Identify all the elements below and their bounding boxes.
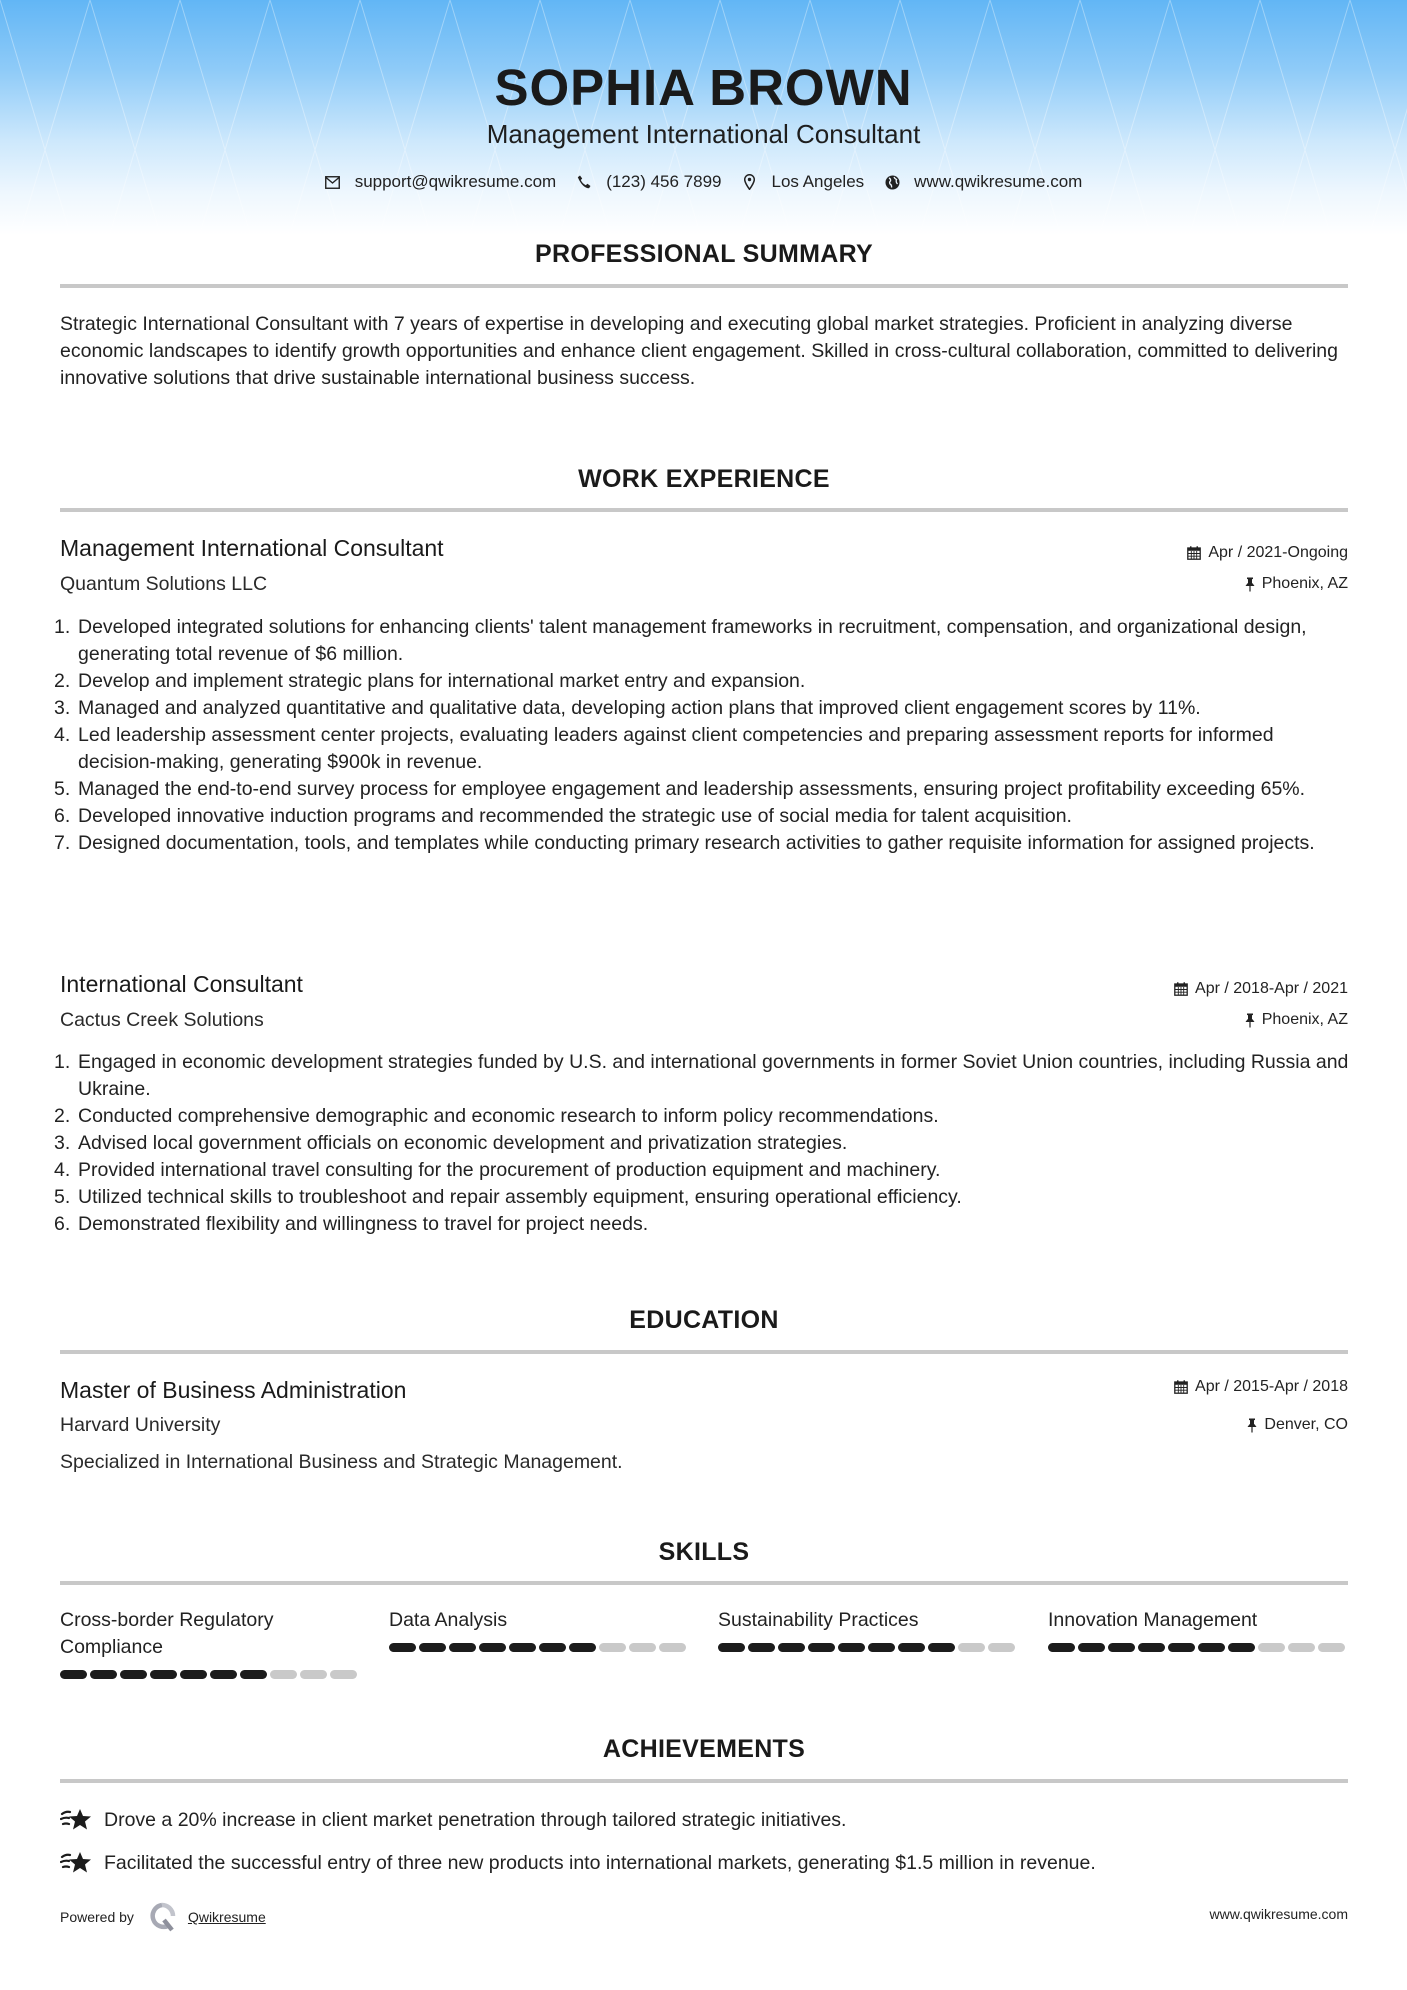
section-heading-experience: WORK EXPERIENCE [60, 465, 1348, 494]
skill-segment [599, 1643, 626, 1652]
item-number: 4. [54, 722, 78, 776]
section-divider [60, 1779, 1348, 1783]
job-title: International Consultant [60, 971, 303, 998]
skill-segment [1078, 1643, 1105, 1652]
responsibility-item: 1.Engaged in economic development strate… [54, 1049, 1350, 1103]
responsibility-item: 4.Provided international travel consulti… [54, 1157, 1350, 1184]
skill-level-bar [718, 1643, 1018, 1652]
location: Phoenix, AZ [1262, 1011, 1348, 1029]
company-name: Quantum Solutions LLC [60, 573, 267, 596]
skill-segment [419, 1643, 446, 1652]
item-text: Develop and implement strategic plans fo… [78, 668, 1350, 695]
skill-level-bar [389, 1643, 689, 1652]
map-pin-icon [742, 174, 758, 190]
skill-segment [180, 1670, 207, 1679]
section-divider [60, 284, 1348, 288]
resume-header: SOPHIA BROWN Management International Co… [0, 0, 1407, 235]
skill-segment [1168, 1643, 1195, 1652]
item-number: 5. [54, 1184, 78, 1211]
item-text: Developed integrated solutions for enhan… [78, 614, 1350, 668]
item-number: 4. [54, 1157, 78, 1184]
date-range: Apr / 2021-Ongoing [1208, 544, 1348, 562]
calendar-icon [1187, 546, 1201, 560]
skill-name: Innovation Management [1048, 1607, 1348, 1634]
powered-by: Powered by Qwikresume [60, 1902, 266, 1932]
contact-website[interactable]: www.qwikresume.com [884, 172, 1082, 192]
responsibility-item: 7.Designed documentation, tools, and tem… [54, 830, 1350, 857]
skill-segment [748, 1643, 775, 1652]
skill-name: Sustainability Practices [718, 1607, 1018, 1634]
responsibility-item: 5.Managed the end-to-end survey process … [54, 776, 1350, 803]
pushpin-icon [1245, 1013, 1255, 1028]
item-text: Provided international travel consulting… [78, 1157, 1350, 1184]
item-text: Conducted comprehensive demographic and … [78, 1103, 1350, 1130]
skill-segment [60, 1670, 87, 1679]
contact-bar: support@qwikresume.com (123) 456 7899 Lo… [0, 172, 1407, 192]
item-number: 3. [54, 1130, 78, 1157]
job-location: Phoenix, AZ [1245, 575, 1348, 593]
email-text: support@qwikresume.com [355, 172, 557, 192]
candidate-title: Management International Consultant [0, 119, 1407, 150]
skill-segment [1198, 1643, 1225, 1652]
shooting-star-icon [60, 1806, 94, 1834]
job-location: Phoenix, AZ [1245, 1011, 1348, 1029]
responsibility-item: 4.Led leadership assessment center proje… [54, 722, 1350, 776]
skill-segment [778, 1643, 805, 1652]
item-text: Utilized technical skills to troubleshoo… [78, 1184, 1350, 1211]
skill-item: Innovation Management [1048, 1607, 1348, 1652]
skill-level-bar [1048, 1643, 1348, 1652]
item-text: Managed the end-to-end survey process fo… [78, 776, 1350, 803]
job-responsibilities: 1.Engaged in economic development strate… [54, 1049, 1350, 1238]
contact-email[interactable]: support@qwikresume.com [325, 172, 557, 192]
company-name: Cactus Creek Solutions [60, 1009, 264, 1032]
skill-segment [389, 1643, 416, 1652]
responsibility-item: 6.Developed innovative induction program… [54, 803, 1350, 830]
skill-segment [1318, 1643, 1345, 1652]
skill-segment [120, 1670, 147, 1679]
envelope-icon [325, 174, 341, 190]
skill-segment [90, 1670, 117, 1679]
item-number: 3. [54, 695, 78, 722]
item-number: 7. [54, 830, 78, 857]
item-number: 1. [54, 1049, 78, 1103]
footer-website-link[interactable]: www.qwikresume.com [1210, 1906, 1348, 1922]
globe-icon [884, 174, 900, 190]
skill-segment [240, 1670, 267, 1679]
summary-text: Strategic International Consultant with … [60, 311, 1350, 392]
section-heading-summary: PROFESSIONAL SUMMARY [60, 240, 1348, 269]
contact-location: Los Angeles [742, 172, 865, 192]
location-text: Los Angeles [772, 172, 865, 192]
responsibility-item: 3.Managed and analyzed quantitative and … [54, 695, 1350, 722]
candidate-name: SOPHIA BROWN [0, 58, 1407, 117]
responsibility-item: 3.Advised local government officials on … [54, 1130, 1350, 1157]
calendar-icon [1174, 982, 1188, 996]
section-divider [60, 1581, 1348, 1585]
pushpin-icon [1247, 1418, 1257, 1433]
pushpin-icon [1245, 577, 1255, 592]
responsibility-item: 6.Demonstrated flexibility and willingne… [54, 1211, 1350, 1238]
school-name: Harvard University [60, 1414, 220, 1437]
skill-item: Cross-border Regulatory Compliance [60, 1607, 360, 1679]
skill-segment [300, 1670, 327, 1679]
skill-segment [629, 1643, 656, 1652]
item-number: 1. [54, 614, 78, 668]
triangle-pattern-background [0, 0, 1407, 235]
location: Phoenix, AZ [1262, 575, 1348, 593]
section-heading-skills: SKILLS [60, 1538, 1348, 1567]
job-title: Management International Consultant [60, 535, 444, 562]
item-text: Designed documentation, tools, and templ… [78, 830, 1350, 857]
skill-segment [988, 1643, 1015, 1652]
education-description: Specialized in International Business an… [60, 1451, 623, 1474]
skill-segment [958, 1643, 985, 1652]
website-text: www.qwikresume.com [914, 172, 1082, 192]
item-number: 6. [54, 803, 78, 830]
achievement-item: Drove a 20% increase in client market pe… [60, 1806, 846, 1834]
phone-text: (123) 456 7899 [606, 172, 721, 192]
skill-segment [270, 1670, 297, 1679]
achievement-text: Facilitated the successful entry of thre… [104, 1852, 1096, 1875]
skill-segment [150, 1670, 177, 1679]
date-range: Apr / 2018-Apr / 2021 [1195, 980, 1348, 998]
item-text: Engaged in economic development strategi… [78, 1049, 1350, 1103]
skill-segment [1138, 1643, 1165, 1652]
skill-segment [1108, 1643, 1135, 1652]
achievement-item: Facilitated the successful entry of thre… [60, 1849, 1096, 1877]
qwikresume-link[interactable]: Qwikresume [188, 1909, 266, 1925]
education-dates: Apr / 2015-Apr / 2018 [1174, 1378, 1348, 1396]
section-divider [60, 508, 1348, 512]
skill-segment [479, 1643, 506, 1652]
item-number: 2. [54, 1103, 78, 1130]
calendar-icon [1174, 1380, 1188, 1394]
job-dates: Apr / 2021-Ongoing [1187, 544, 1348, 562]
skill-name: Cross-border Regulatory Compliance [60, 1607, 360, 1661]
education-location: Denver, CO [1247, 1416, 1348, 1434]
skill-segment [330, 1670, 357, 1679]
item-text: Demonstrated flexibility and willingness… [78, 1211, 1350, 1238]
responsibility-item: 5.Utilized technical skills to troublesh… [54, 1184, 1350, 1211]
phone-icon [576, 174, 592, 190]
skill-name: Data Analysis [389, 1607, 689, 1634]
skill-segment [1228, 1643, 1255, 1652]
skill-segment [539, 1643, 566, 1652]
skill-item: Sustainability Practices [718, 1607, 1018, 1652]
skill-segment [898, 1643, 925, 1652]
skill-segment [868, 1643, 895, 1652]
skill-segment [569, 1643, 596, 1652]
skill-segment [449, 1643, 476, 1652]
item-text: Led leadership assessment center project… [78, 722, 1350, 776]
skill-segment [1048, 1643, 1075, 1652]
skill-segment [838, 1643, 865, 1652]
skill-segment [718, 1643, 745, 1652]
responsibility-item: 2.Develop and implement strategic plans … [54, 668, 1350, 695]
responsibility-item: 1.Developed integrated solutions for enh… [54, 614, 1350, 668]
skill-segment [1258, 1643, 1285, 1652]
job-responsibilities: 1.Developed integrated solutions for enh… [54, 614, 1350, 857]
job-dates: Apr / 2018-Apr / 2021 [1174, 980, 1348, 998]
achievement-text: Drove a 20% increase in client market pe… [104, 1809, 846, 1832]
skill-segment [509, 1643, 536, 1652]
location: Denver, CO [1264, 1416, 1348, 1434]
responsibility-item: 2.Conducted comprehensive demographic an… [54, 1103, 1350, 1130]
skill-segment [210, 1670, 237, 1679]
section-heading-education: EDUCATION [60, 1306, 1348, 1335]
skill-segment [928, 1643, 955, 1652]
section-heading-achievements: ACHIEVEMENTS [60, 1735, 1348, 1764]
skill-level-bar [60, 1670, 360, 1679]
skill-segment [1288, 1643, 1315, 1652]
shooting-star-icon [60, 1849, 94, 1877]
item-number: 5. [54, 776, 78, 803]
date-range: Apr / 2015-Apr / 2018 [1195, 1378, 1348, 1396]
item-number: 6. [54, 1211, 78, 1238]
section-divider [60, 1350, 1348, 1354]
powered-by-label: Powered by [60, 1909, 134, 1925]
item-text: Managed and analyzed quantitative and qu… [78, 695, 1350, 722]
contact-phone[interactable]: (123) 456 7899 [576, 172, 721, 192]
skill-item: Data Analysis [389, 1607, 689, 1652]
qwikresume-logo-icon [148, 1902, 176, 1932]
degree-title: Master of Business Administration [60, 1377, 406, 1404]
item-number: 2. [54, 668, 78, 695]
item-text: Advised local government officials on ec… [78, 1130, 1350, 1157]
skill-segment [808, 1643, 835, 1652]
skill-segment [659, 1643, 686, 1652]
item-text: Developed innovative induction programs … [78, 803, 1350, 830]
